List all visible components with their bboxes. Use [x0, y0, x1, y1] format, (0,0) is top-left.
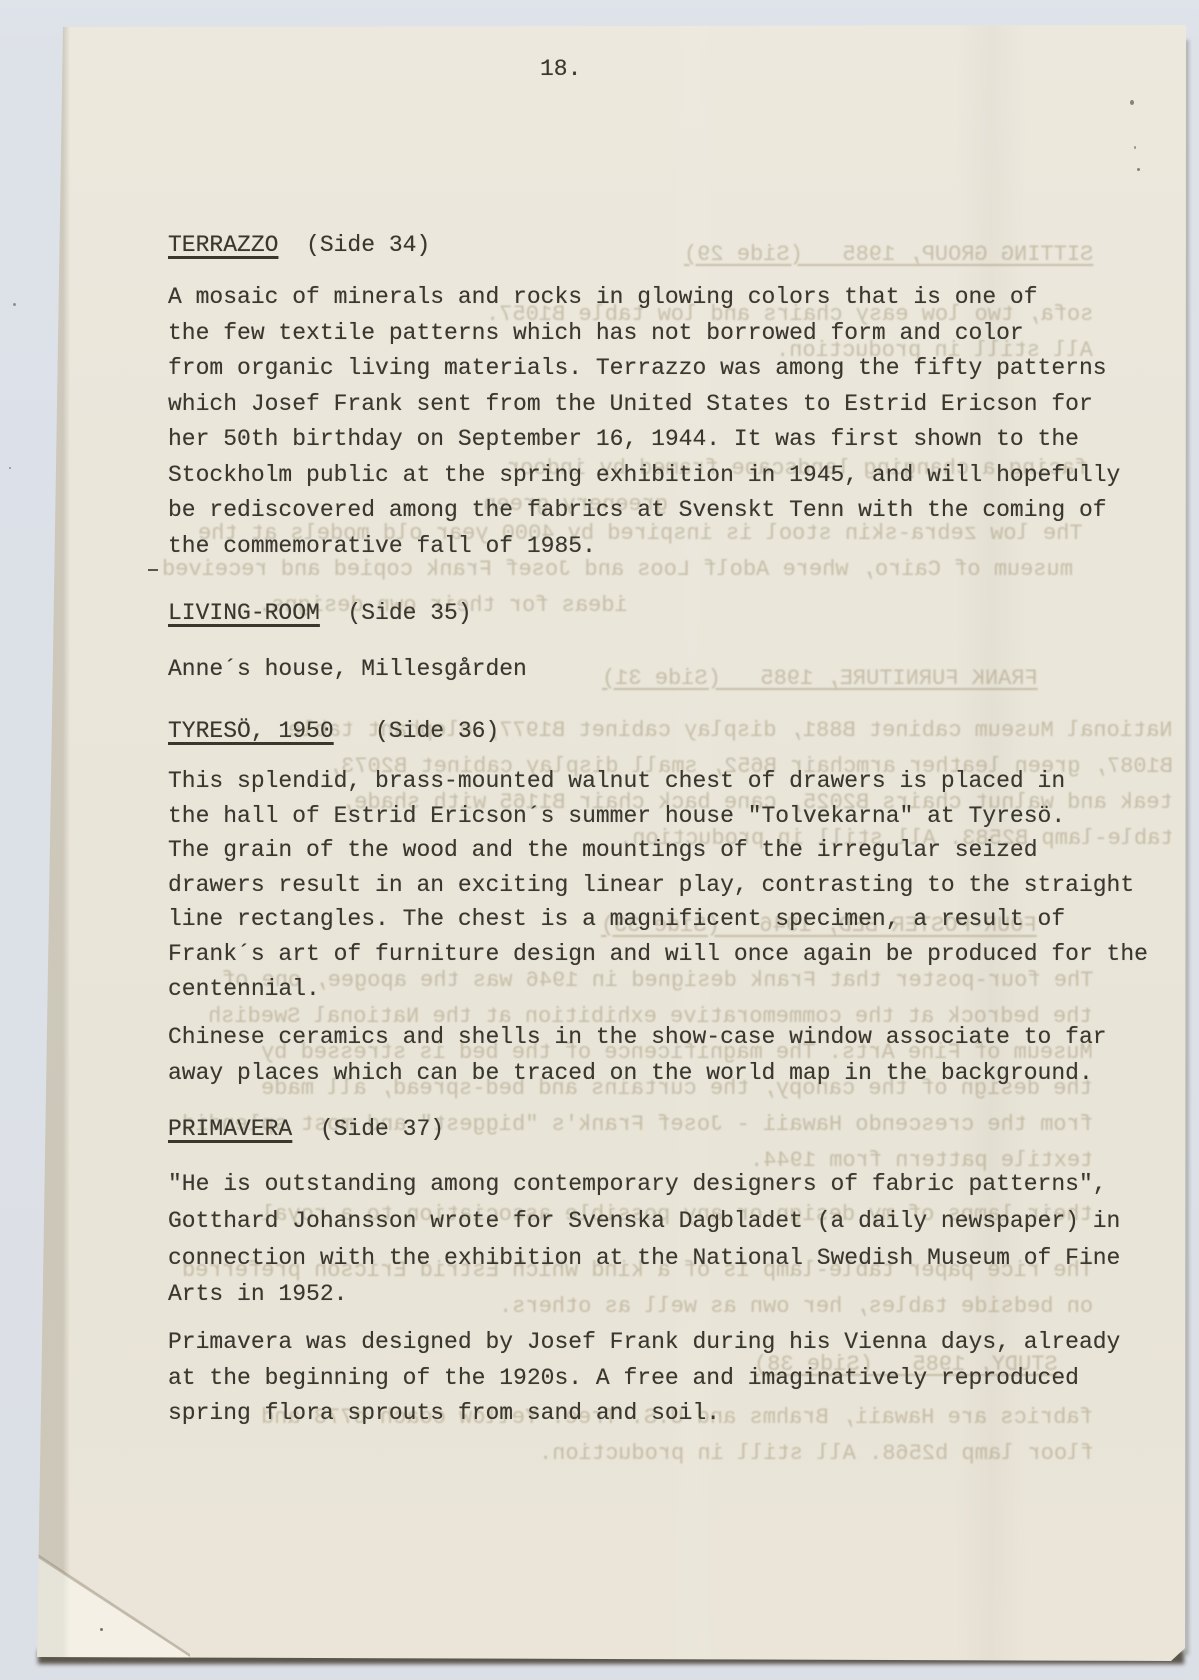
section-title: PRIMAVERA — [168, 1116, 292, 1142]
section-side-ref: (Side 36) — [334, 718, 500, 744]
section-title: TYRESÖ, 1950 — [168, 718, 334, 744]
staple-hole — [1137, 168, 1140, 171]
section-heading-tyreso: TYRESÖ, 1950 (Side 36) — [168, 718, 499, 745]
section-tyreso-paragraph-1: This splendid, brass-mounted walnut ches… — [168, 764, 1148, 1006]
staple-hole — [1130, 100, 1134, 105]
section-heading-living-room: LIVING-ROOM (Side 35) — [168, 600, 472, 627]
section-side-ref: (Side 34) — [278, 232, 430, 258]
section-primavera-paragraph-2: Primavera was designed by Josef Frank du… — [168, 1325, 1120, 1432]
document-page: SITTING GROUP, 1985 (Side 29)sofa, two l… — [30, 20, 1188, 1665]
margin-dash-mark — [148, 569, 158, 571]
section-tyreso-paragraph-2: Chinese ceramics and shells in the show-… — [168, 1020, 1107, 1091]
scan-background: SITTING GROUP, 1985 (Side 29)sofa, two l… — [0, 0, 1199, 1680]
section-title: LIVING-ROOM — [168, 600, 320, 626]
staple-hole — [1134, 146, 1136, 149]
bleedthrough-line: SITTING GROUP, 1985 (Side 29) — [684, 242, 1093, 268]
section-terrazzo-paragraph: A mosaic of minerals and rocks in glowin… — [168, 280, 1120, 564]
section-heading-primavera: PRIMAVERA (Side 37) — [168, 1116, 444, 1143]
section-side-ref: (Side 37) — [292, 1116, 444, 1142]
bleedthrough-line: floor lamp b2568. All still in productio… — [539, 1441, 1094, 1467]
background-speck — [13, 303, 16, 306]
section-heading-terrazzo: TERRAZZO (Side 34) — [168, 232, 430, 259]
paper-speck — [100, 1628, 103, 1631]
background-speck — [9, 467, 11, 469]
section-living-room-paragraph: Anne´s house, Millesgården — [168, 652, 527, 688]
page-number: 18. — [540, 56, 581, 83]
section-primavera-paragraph-1: "He is outstanding among contemporary de… — [168, 1166, 1120, 1313]
section-title: TERRAZZO — [168, 232, 278, 258]
bleedthrough-line: FRANK FURNITURE, 1985 (Side 31) — [602, 666, 1038, 692]
section-side-ref: (Side 35) — [320, 600, 472, 626]
